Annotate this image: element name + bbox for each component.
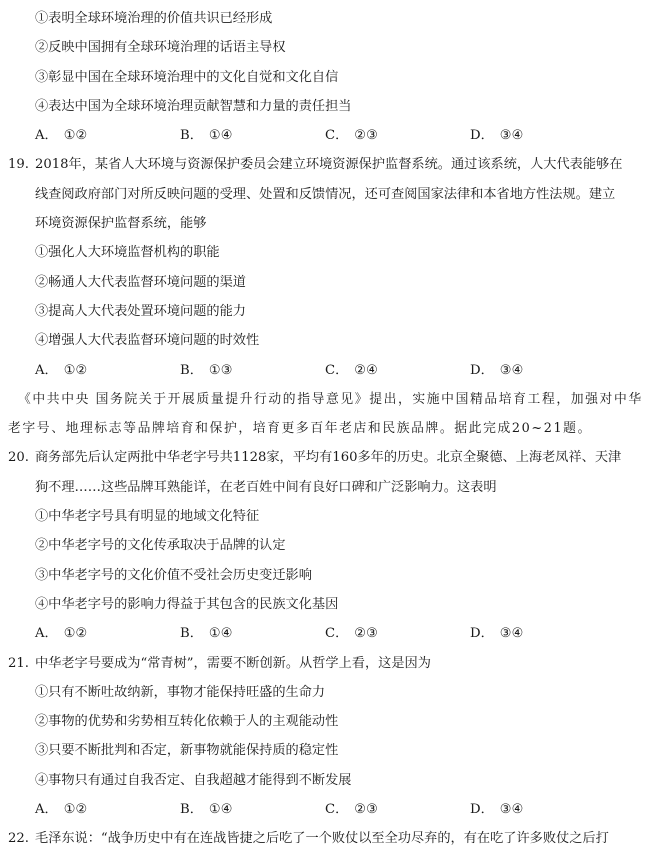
question-number: 19. <box>8 150 29 179</box>
option-4: ④增强人大代表监督环境问题的时效性 <box>0 326 650 355</box>
option-2: ②事物的优势和劣势相互转化依赖于人的主观能动性 <box>0 707 650 736</box>
answer-choices: A．①② B．①④ C．②③ D．③④ <box>0 619 650 648</box>
question-stem-line: 环境资源保护监督系统，能够 <box>0 209 650 238</box>
option-3: ③提高人大代表处置环境问题的能力 <box>0 297 650 326</box>
choice-a: A．①② <box>35 795 180 824</box>
answer-choices: A．①② B．①③ C．②④ D．③④ <box>0 356 650 385</box>
reading-passage: 《中共中央 国务院关于开展质量提升行动的指导意见》提出，实施中国精品培育工程，加… <box>0 385 650 444</box>
question-stem: 19. 2018年，某省人大环境与资源保护委员会建立环境资源保护监督系统。通过该… <box>0 150 650 179</box>
option-2: ②畅通人大代表监督环境问题的渠道 <box>0 268 650 297</box>
passage-line: 《中共中央 国务院关于开展质量提升行动的指导意见》提出，实施中国精品培育工程，加… <box>0 385 650 414</box>
question-20: 20. 商务部先后认定两批中华老字号共1128家，平均有160多年的历史。北京全… <box>0 443 650 648</box>
choice-d: D．③④ <box>470 356 615 385</box>
question-21: 21. 中华老字号要成为“常青树”，需要不断创新。从哲学上看，这是因为 ①只有不… <box>0 649 650 825</box>
option-3: ③只要不断批判和否定，新事物就能保持质的稳定性 <box>0 736 650 765</box>
choice-b: B．①④ <box>180 795 325 824</box>
option-2: ②反映中国拥有全球环境治理的话语主导权 <box>0 33 650 62</box>
choice-d: D．③④ <box>470 619 615 648</box>
option-1: ①只有不断吐故纳新，事物才能保持旺盛的生命力 <box>0 678 650 707</box>
choice-c: C．②③ <box>325 795 470 824</box>
choice-d: D．③④ <box>470 121 615 150</box>
question-number: 21. <box>8 649 29 678</box>
option-1: ①强化人大环境监督机构的职能 <box>0 238 650 267</box>
question-22: 22. 毛泽东说：“战争历史中有在连战皆捷之后吃了一个败仗以至全功尽弃的，有在吃… <box>0 824 650 853</box>
question-stem: 22. 毛泽东说：“战争历史中有在连战皆捷之后吃了一个败仗以至全功尽弃的，有在吃… <box>0 824 650 853</box>
question-stem-line: 狗不理……这些品牌耳熟能详，在老百姓中间有良好口碑和广泛影响力。这表明 <box>0 473 650 502</box>
question-stem: 20. 商务部先后认定两批中华老字号共1128家，平均有160多年的历史。北京全… <box>0 443 650 472</box>
choice-b: B．①④ <box>180 121 325 150</box>
question-stem-line: 线查阅政府部门对所反映问题的受理、处置和反馈情况，还可查阅国家法律和本省地方性法… <box>0 180 650 209</box>
option-1: ①中华老字号具有明显的地域文化特征 <box>0 502 650 531</box>
choice-d: D．③④ <box>470 795 615 824</box>
choice-c: C．②③ <box>325 121 470 150</box>
passage-line: 老字号、地理标志等品牌培育和保护，培育更多百年老店和民族品牌。据此完成20~21… <box>0 414 650 443</box>
choice-b: B．①③ <box>180 356 325 385</box>
choice-c: C．②④ <box>325 356 470 385</box>
option-2: ②中华老字号的文化传承取决于品牌的认定 <box>0 531 650 560</box>
option-4: ④事物只有通过自我否定、自我超越才能得到不断发展 <box>0 766 650 795</box>
answer-choices: A．①② B．①④ C．②③ D．③④ <box>0 121 650 150</box>
option-3: ③彰显中国在全球环境治理中的文化自觉和文化自信 <box>0 63 650 92</box>
question-stem: 21. 中华老字号要成为“常青树”，需要不断创新。从哲学上看，这是因为 <box>0 649 650 678</box>
question-number: 20. <box>8 443 29 472</box>
choice-a: A．①② <box>35 619 180 648</box>
option-4: ④中华老字号的影响力得益于其包含的民族文化基因 <box>0 590 650 619</box>
choice-a: A．①② <box>35 356 180 385</box>
option-1: ①表明全球环境治理的价值共识已经形成 <box>0 4 650 33</box>
exam-page: ①表明全球环境治理的价值共识已经形成 ②反映中国拥有全球环境治理的话语主导权 ③… <box>0 4 650 854</box>
option-4: ④表达中国为全球环境治理贡献智慧和力量的责任担当 <box>0 92 650 121</box>
choice-c: C．②③ <box>325 619 470 648</box>
choice-b: B．①④ <box>180 619 325 648</box>
option-3: ③中华老字号的文化价值不受社会历史变迁影响 <box>0 561 650 590</box>
question-number: 22. <box>8 824 29 853</box>
choice-a: A．①② <box>35 121 180 150</box>
question-18-tail: ①表明全球环境治理的价值共识已经形成 ②反映中国拥有全球环境治理的话语主导权 ③… <box>0 4 650 150</box>
answer-choices: A．①② B．①④ C．②③ D．③④ <box>0 795 650 824</box>
question-19: 19. 2018年，某省人大环境与资源保护委员会建立环境资源保护监督系统。通过该… <box>0 150 650 384</box>
